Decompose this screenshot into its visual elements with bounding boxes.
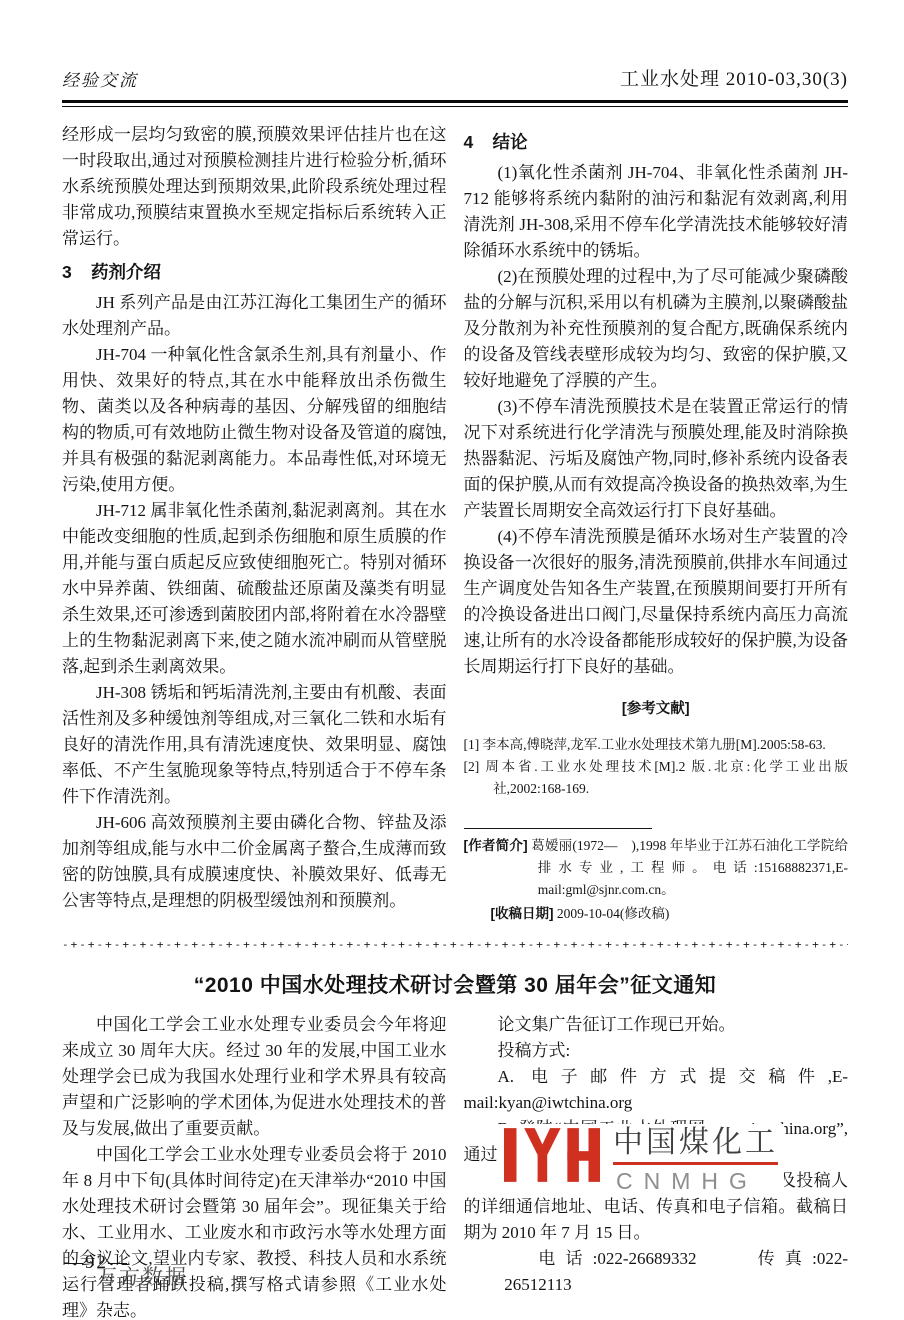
contact-phone: 电话:022-26689332 [538, 1249, 696, 1268]
body-paragraph: JH-308 锈垢和钙垢清洗剂,主要由有机酸、表面活性剂及多种缓蚀剂等组成,对三… [62, 680, 447, 810]
announcement-line: 投稿方式: [464, 1038, 849, 1064]
cnmhg-watermark: 中国煤化工 CNMHG [498, 1124, 784, 1196]
wanfang-watermark: 万方数据 [96, 1261, 188, 1291]
received-date-label: [收稿日期] [491, 906, 554, 921]
announcement-line: A. 电子邮件方式提交稿件,E-mail:kyan@iwtchina.org [464, 1064, 849, 1116]
left-column: 经形成一层均匀致密的膜,预膜效果评估挂片也在这一时段取出,通过对预膜检测挂片进行… [62, 122, 447, 925]
body-paragraph: (2)在预膜处理的过程中,为了尽可能减少聚磷酸盐的分解与沉积,采用以有机磷为主膜… [464, 264, 849, 394]
right-column: 4 结论 (1)氧化性杀菌剂 JH-704、非氧化性杀菌剂 JH-712 能够将… [464, 122, 849, 925]
cnmhg-logo-icon [504, 1127, 600, 1183]
dashed-separator: -+-+-+-+-+-+-+-+-+-+-+-+-+-+-+-+-+-+-+-+… [62, 938, 848, 952]
section-number: 4 [464, 129, 474, 155]
reference-item: [2] 周本省.工业水处理技术[M].2 版.北京:化学工业出版社,2002:1… [464, 756, 849, 800]
column-section-label: 经验交流 [62, 66, 138, 91]
announcement-paragraph: 中国化工学会工业水处理专业委员会今年将迎来成立 30 周年大庆。经过 30 年的… [62, 1012, 447, 1142]
body-paragraph: (3)不停车清洗预膜技术是在装置正常运行的情况下对系统进行化学清洗与预膜处理,能… [464, 394, 849, 524]
journal-page: 经验交流 工业水处理 2010-03,30(3) 经形成一层均匀致密的膜,预膜效… [0, 0, 904, 1320]
body-paragraph: JH-712 属非氧化性杀菌剂,黏泥剥离剂。其在水中能改变细胞的性质,起到杀伤细… [62, 498, 447, 680]
author-note-rule [464, 828, 652, 829]
body-paragraph: JH-606 高效预膜剂主要由磷化合物、锌盐及添加剂等组成,能与水中二价金属离子… [62, 810, 447, 914]
body-paragraph: 经形成一层均匀致密的膜,预膜效果评估挂片也在这一时段取出,通过对预膜检测挂片进行… [62, 122, 447, 252]
section-title: 药剂介绍 [91, 259, 161, 285]
section-number: 3 [62, 259, 72, 285]
article-body: 经形成一层均匀致密的膜,预膜效果评估挂片也在这一时段取出,通过对预膜检测挂片进行… [62, 122, 848, 925]
references-heading: [参考文献] [464, 696, 849, 722]
watermark-latin-text: CNMHG [613, 1168, 778, 1194]
body-paragraph: (1)氧化性杀菌剂 JH-704、非氧化性杀菌剂 JH-712 能够将系统内黏附… [464, 160, 849, 264]
reference-item: [1] 李本高,傅晓萍,龙军.工业水处理技术第九册[M].2005:58-63. [464, 734, 849, 756]
section-title: 结论 [492, 129, 527, 155]
header-rule [62, 100, 848, 107]
announcement-paragraph: 中国化工学会工业水处理专业委员会将于 2010 年 8 月中下旬(具体时间待定)… [62, 1142, 447, 1320]
announcement-title: “2010 中国水处理技术研讨会暨第 30 届年会”征文通知 [62, 969, 848, 999]
author-bio-label: [作者简介] [464, 838, 528, 853]
announcement-line: 论文集广告征订工作现已开始。 [464, 1012, 849, 1038]
author-bio-line: [作者简介] 葛嫒丽(1972— ),1998 年毕业于江苏石油化工学院给排水专… [464, 835, 849, 901]
received-date-text: 2009-10-04(修改稿) [557, 906, 669, 921]
watermark-chinese-text: 中国煤化工 [613, 1127, 778, 1165]
received-date-line: [收稿日期] 2009-10-04(修改稿) [464, 903, 849, 925]
references-list: [1] 李本高,傅晓萍,龙军.工业水处理技术第九册[M].2005:58-63.… [464, 734, 849, 800]
journal-issue-info: 工业水处理 2010-03,30(3) [620, 64, 848, 91]
section-heading-4: 4 结论 [464, 129, 849, 155]
body-paragraph: JH-704 一种氧化性含氯杀生剂,具有剂量小、作用快、效果好的特点,其在水中能… [62, 342, 447, 498]
body-paragraph: JH 系列产品是由江苏江海化工集团生产的循环水处理剂产品。 [62, 290, 447, 342]
author-note: [作者简介] 葛嫒丽(1972— ),1998 年毕业于江苏石油化工学院给排水专… [464, 828, 849, 925]
body-paragraph: (4)不停车清洗预膜是循环水场对生产装置的冷换设备一次很好的服务,清洗预膜前,供… [464, 524, 849, 680]
section-heading-3: 3 药剂介绍 [62, 259, 447, 285]
author-bio-text: 葛嫒丽(1972— ),1998 年毕业于江苏石油化工学院给排水专业,工程师。电… [531, 838, 848, 897]
contact-line: 电话:022-26689332传真:022-26512113 [464, 1246, 849, 1298]
page-header: 经验交流 工业水处理 2010-03,30(3) [62, 64, 848, 91]
watermark-text-block: 中国煤化工 CNMHG [613, 1127, 778, 1194]
